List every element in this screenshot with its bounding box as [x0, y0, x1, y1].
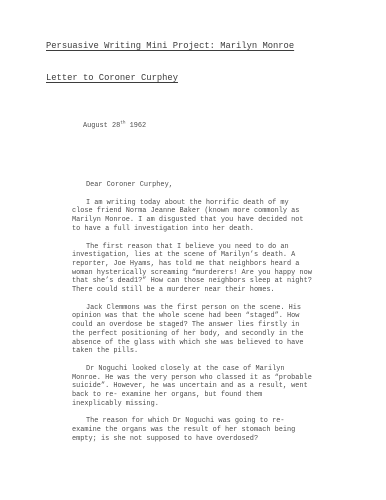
letter-salutation: Dear Coroner Curphey,	[72, 181, 326, 190]
letter-paragraph: The reason for which Dr Noguchi was goin…	[72, 417, 326, 443]
letter-paragraph: The first reason that I believe you need…	[72, 243, 326, 295]
letter-body: Dear Coroner Curphey, I am writing today…	[72, 181, 326, 453]
letter-date: August 28th 1962	[83, 122, 146, 131]
letter-date-day: August 28	[83, 122, 120, 130]
letter-paragraphs: I am writing today about the horrific de…	[72, 199, 326, 444]
document-page: Persuasive Writing Mini Project: Marilyn…	[0, 0, 386, 500]
letter-date-year: 1962	[126, 122, 147, 130]
letter-paragraph: Dr Noguchi looked closely at the case of…	[72, 365, 326, 409]
document-title: Persuasive Writing Mini Project: Marilyn…	[46, 41, 294, 51]
letter-paragraph: Jack Clemmons was the first person on th…	[72, 304, 326, 356]
letter-paragraph: I am writing today about the horrific de…	[72, 199, 326, 234]
document-subtitle: Letter to Coroner Curphey	[46, 73, 178, 83]
